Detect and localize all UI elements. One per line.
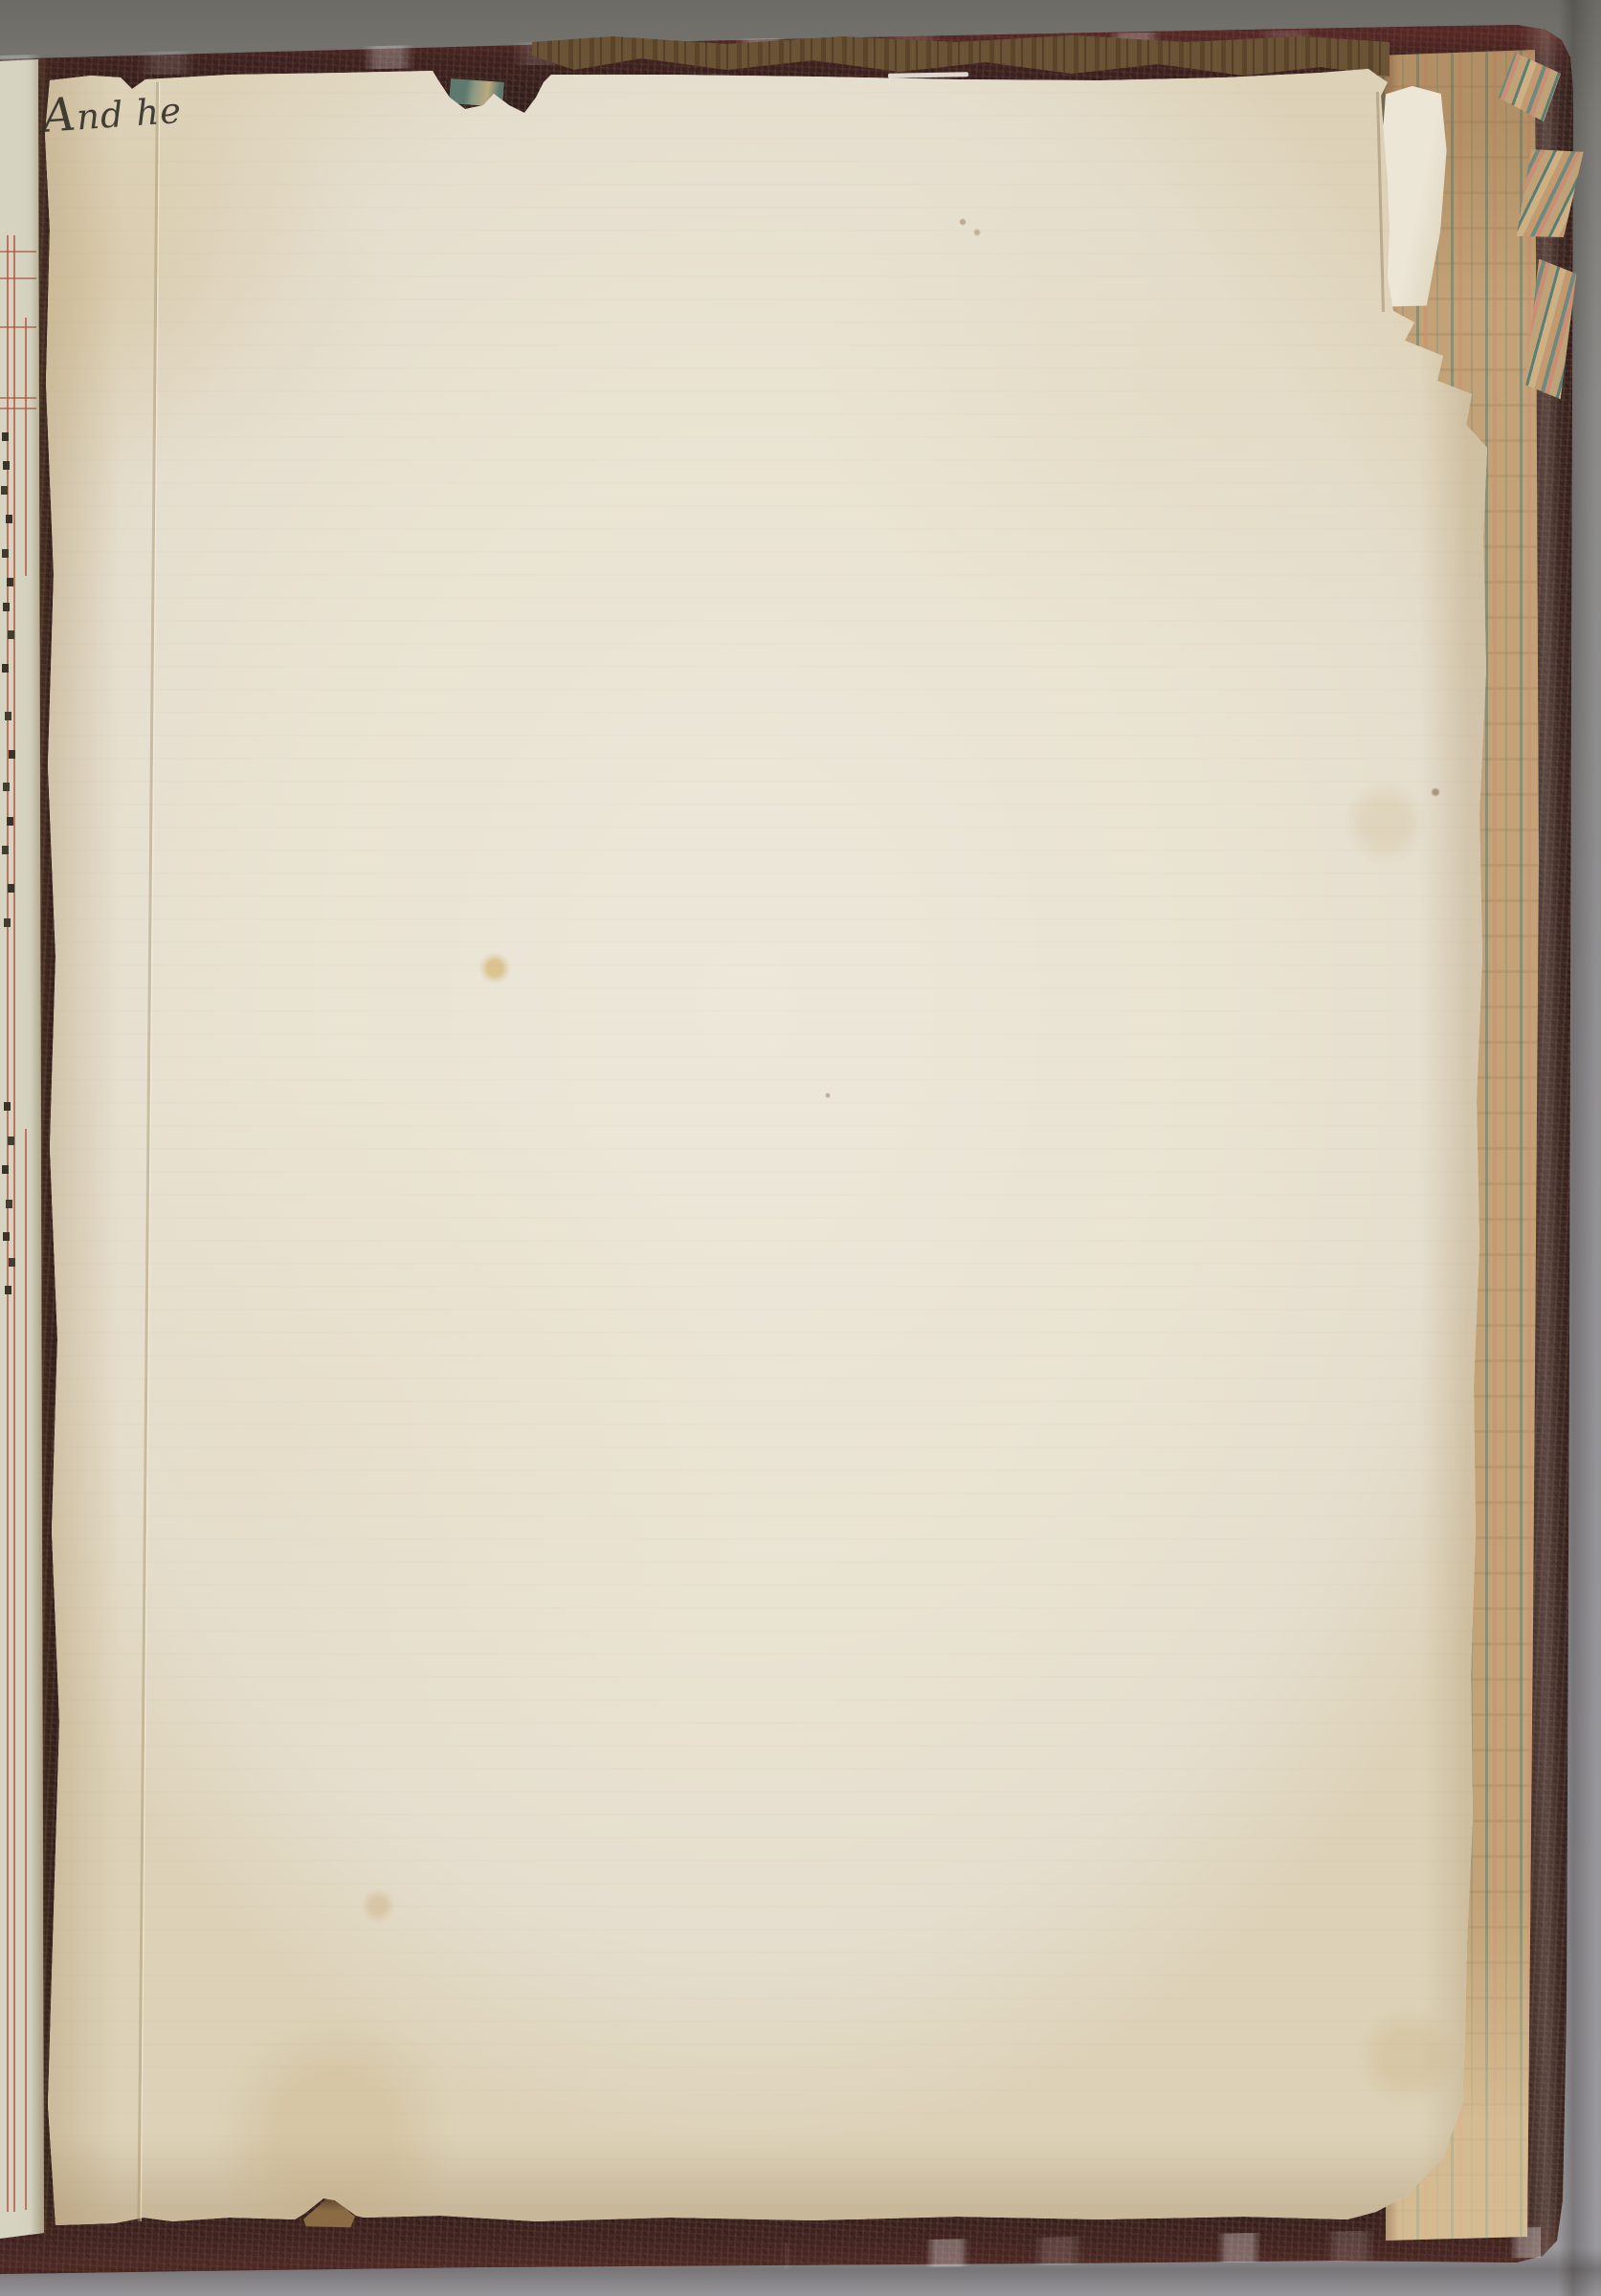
- red-ruling-line: [25, 318, 27, 576]
- red-ruling-line: [7, 235, 9, 2212]
- book-photograph: And he: [0, 0, 1601, 2296]
- red-ruling-line: [25, 1129, 27, 2210]
- handwritten-inscription: And he: [40, 78, 206, 143]
- blackletter-text-fragments: [2, 432, 9, 441]
- flyleaf-page: [0, 0, 1601, 2296]
- red-ruling-line: [13, 235, 15, 2212]
